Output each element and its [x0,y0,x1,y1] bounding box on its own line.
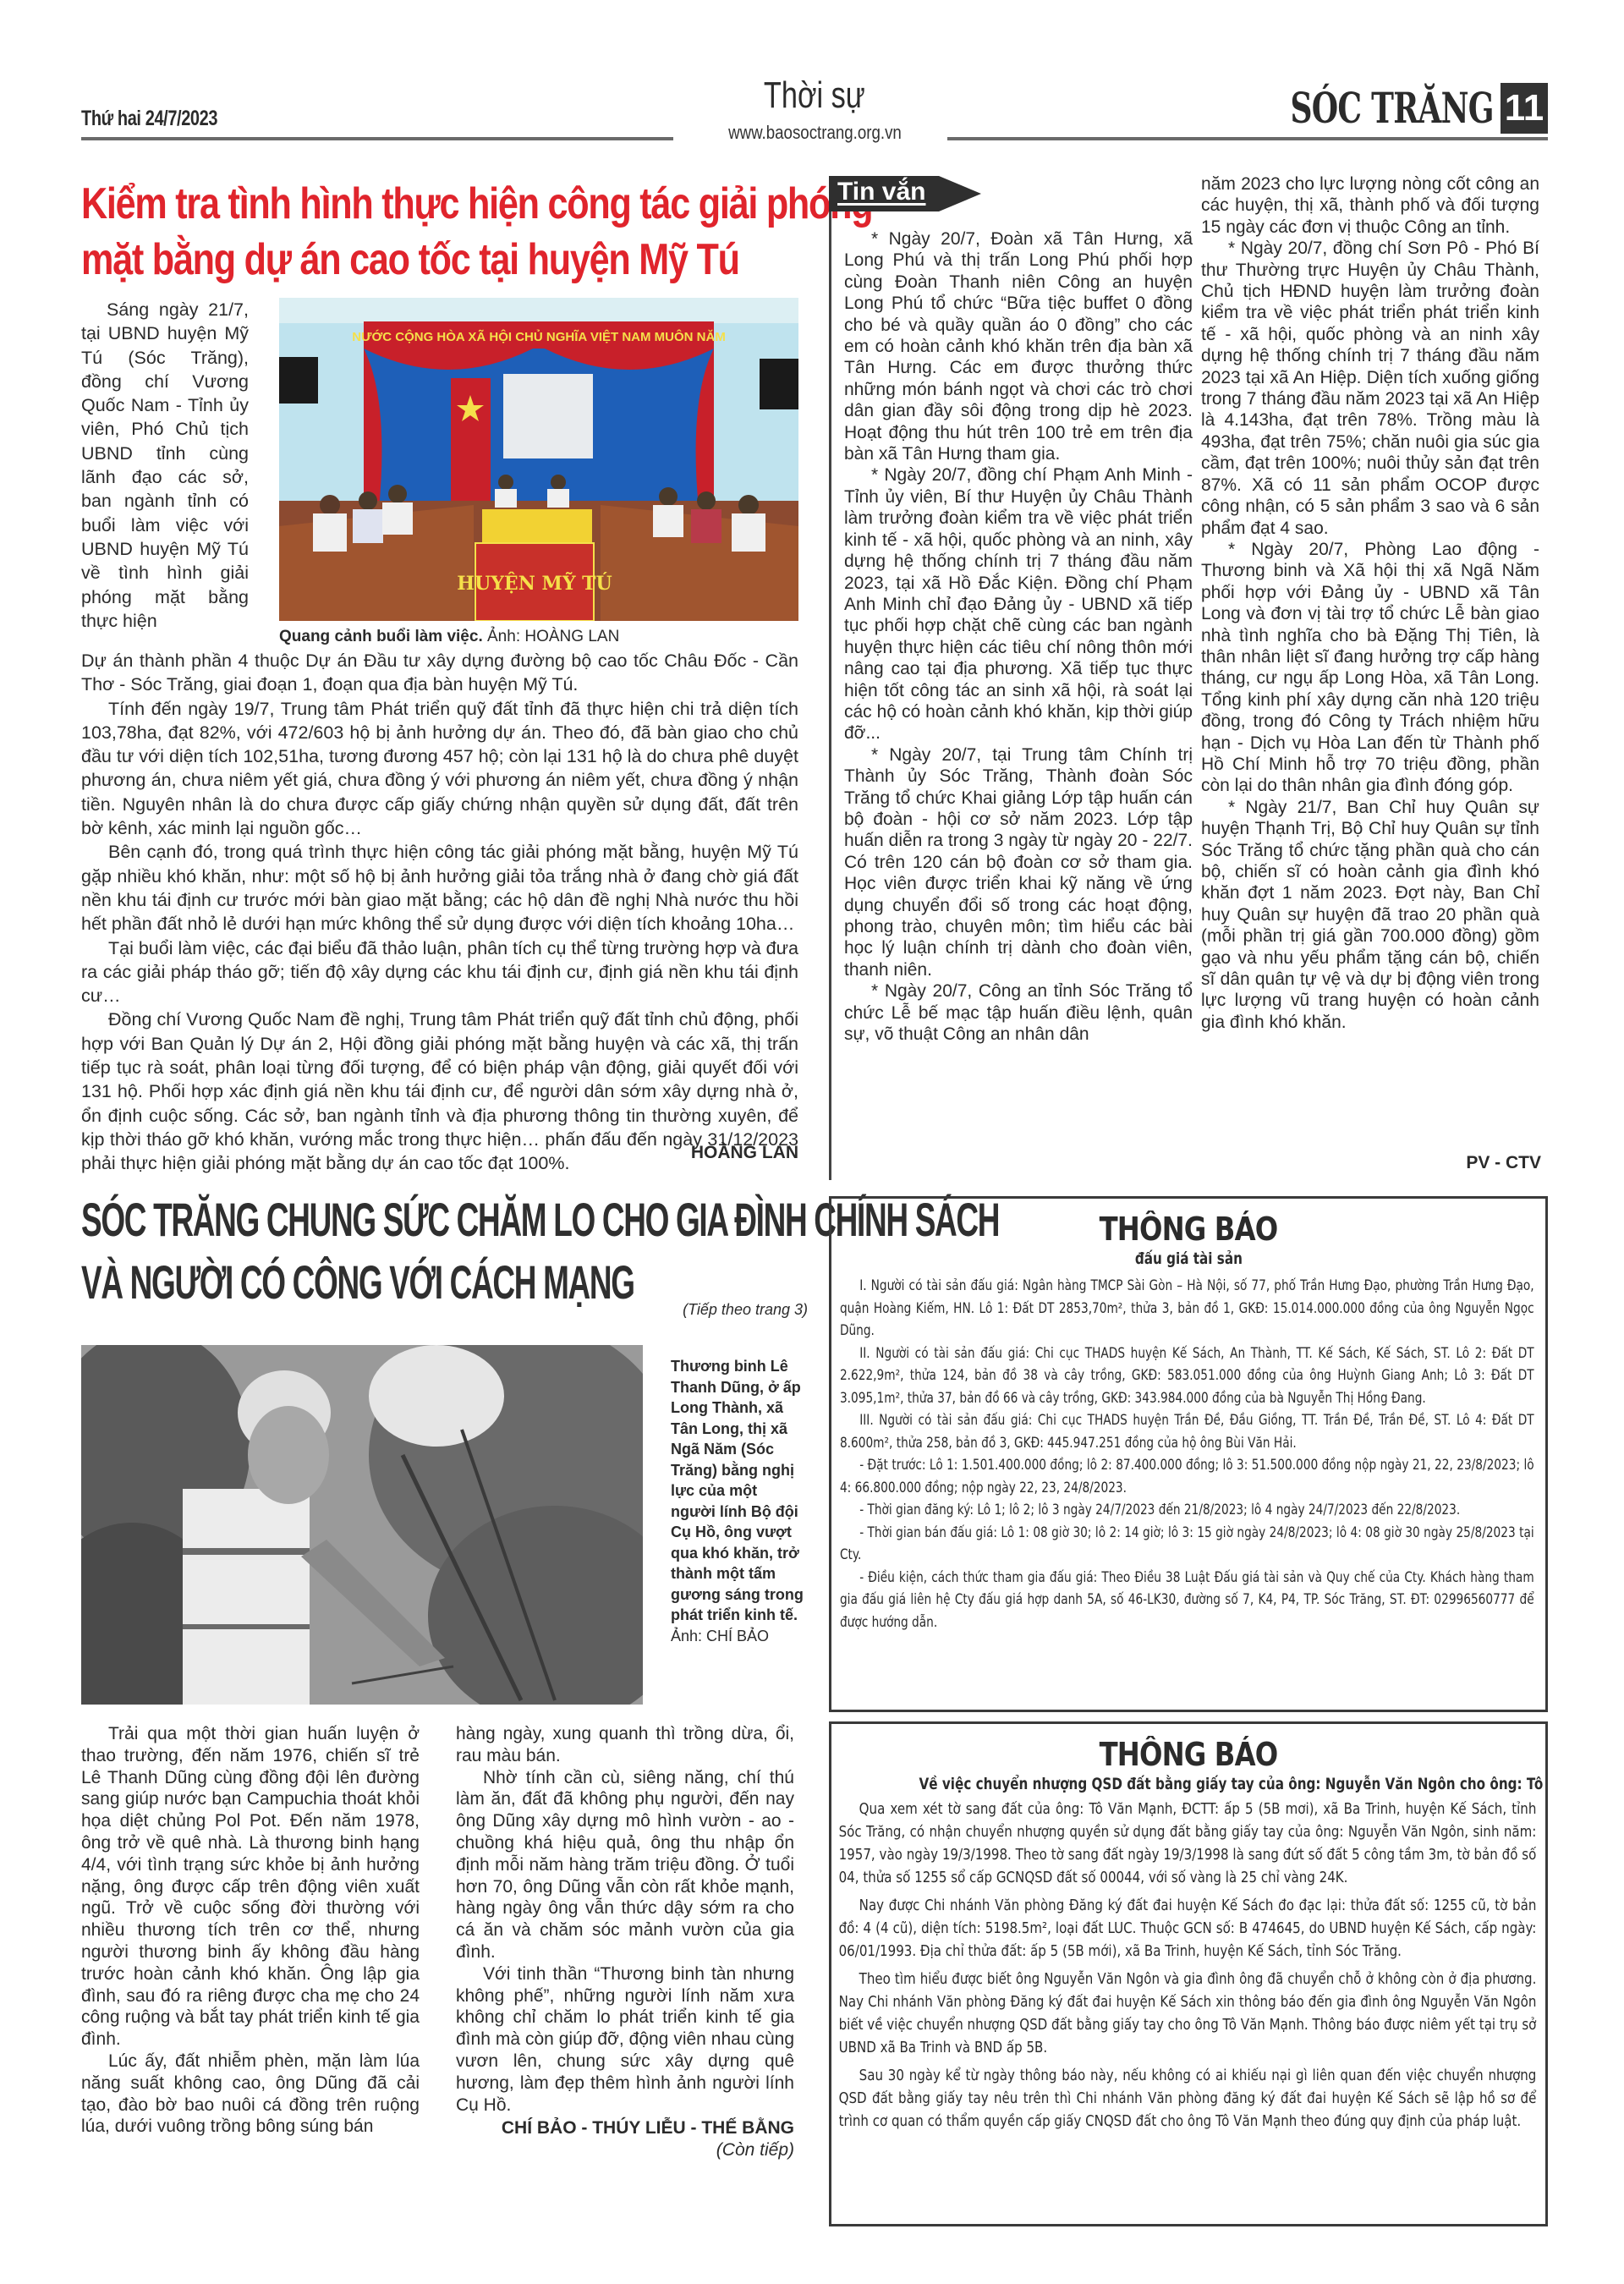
notice-subtitle: đấu giá tài sản [831,1249,1545,1268]
notice-asset-auction: THÔNG BÁO đấu giá tài sản I. Người có tà… [829,1196,1548,1712]
page-number: 11 [1501,83,1548,134]
article2-byline: CHÍ BẢO - THÚY LIỄU - THẾ BẰNG [456,2117,794,2139]
article1-paragraph: Tính đến ngày 19/7, Trung tâm Phát triển… [81,697,798,841]
notice-body: I. Người có tài sản đấu giá: Ngân hàng T… [831,1268,1543,1633]
news-brief-label: Tin vắn [837,178,925,206]
notice-paragraph: - Thời gian bán đấu giá: Lô 1: 08 giờ 30… [840,1522,1534,1567]
notice-subtitle: Về việc chuyển nhượng QSD đất bằng giấy … [831,1775,1545,1793]
news-brief-item: * Ngày 20/7, đồng chí Sơn Pô - Phó Bí th… [1201,238,1539,539]
article1-byline: HOÀNG LAN [81,1143,798,1163]
news-brief-tab: Tin vắn [829,176,981,211]
news-brief-item: * Ngày 20/7, đồng chí Phạm Anh Minh - Tỉ… [844,464,1193,744]
notice-paragraph: Nay được Chi nhánh Văn phòng Đăng ký đất… [839,1895,1537,1963]
article2-column-2: hàng ngày, xung quanh thì trồng dừa, ổi,… [456,1723,794,2161]
notice-title: THÔNG BÁO [831,1211,1545,1248]
notice-land-transfer: THÔNG BÁO Về việc chuyển nhượng QSD đất … [829,1721,1548,2226]
notice-title: THÔNG BÁO [831,1736,1545,1773]
notice-paragraph: Theo tìm hiểu được biết ông Nguyễn Văn N… [839,1968,1537,2060]
notice-paragraph: I. Người có tài sản đấu giá: Ngân hàng T… [840,1275,1534,1342]
article2-photo-veteran-garden [81,1345,643,1705]
to-be-continued-note: (Còn tiếp) [456,2139,794,2161]
veteran-garden-illustration [81,1345,643,1705]
newspaper-brand: SÓC TRĂNG [1291,83,1494,133]
article1-paragraph: Tại buổi làm việc, các đại biểu đã thảo … [81,936,798,1008]
notice-paragraph: - Thời gian đăng ký: Lô 1; lô 2; lô 3 ng… [840,1499,1534,1522]
article2-paragraph: Nhờ tính cần cù, siêng năng, chí thú làm… [456,1767,794,1963]
article1-paragraph: Bên cạnh đó, trong quá trình thực hiện c… [81,840,798,936]
arrow-right-icon [939,176,981,211]
continued-from-note: (Tiếp theo trang 3) [643,1301,808,1319]
news-brief-item: * Ngày 21/7, Ban Chỉ huy Quân sự huyện T… [1201,797,1539,1033]
meeting-room-illustration: NƯỚC CỘNG HÒA XÃ HỘI CHỦ NGHĨA VIỆT NAM … [279,298,798,621]
news-brief-item: * Ngày 20/7, Đoàn xã Tân Hưng, xã Long P… [844,228,1193,464]
notice-paragraph: Qua xem xét tờ sang đất của ông: Tô Văn … [839,1798,1537,1890]
article2-photo-caption: Thương binh Lê Thanh Dũng, ở ấp Long Thà… [671,1356,804,1646]
news-brief-border [829,211,831,1180]
article1-lead: Sáng ngày 21/7, tại UBND huyện Mỹ Tú (Só… [81,298,249,633]
notice-paragraph: III. Người có tài sản đấu giá: Chi cục T… [840,1409,1534,1454]
article2-paragraph: hàng ngày, xung quanh thì trồng dừa, ổi,… [456,1723,794,1767]
news-brief-column-1: * Ngày 20/7, Đoàn xã Tân Hưng, xã Long P… [844,228,1193,1045]
page-header: Thứ hai 24/7/2023 Thời sự www.baosoctran… [81,74,1548,142]
news-brief-item: năm 2023 cho lực lượng nòng cốt công an … [1201,173,1539,238]
article1-photo-meeting-room: NƯỚC CỘNG HÒA XÃ HỘI CHỦ NGHĨA VIỆT NAM … [279,298,798,621]
article2-paragraph: Trải qua một thời gian huấn luyện ở thao… [81,1723,420,2051]
notice-paragraph: Sau 30 ngày kể từ ngày thông báo này, nế… [839,2065,1537,2133]
article2-paragraph: Với tinh thần “Thương binh tàn nhưng khô… [456,1963,794,2117]
notice-paragraph: - Đặt trước: Lô 1: 1.501.400.000 đồng; l… [840,1454,1534,1499]
article2-column-1: Trải qua một thời gian huấn luyện ở thao… [81,1723,420,2138]
news-brief-column-2: năm 2023 cho lực lượng nòng cốt công an … [1201,173,1539,1033]
article2-paragraph: Lúc ấy, đất nhiễm phèn, mặn làm lúa năng… [81,2051,420,2138]
article1-paragraph: Dự án thành phần 4 thuộc Dự án Đầu tư xâ… [81,649,798,697]
svg-text:NƯỚC CỘNG HÒA XÃ HỘI CHỦ NGHĨA: NƯỚC CỘNG HÒA XÃ HỘI CHỦ NGHĨA VIỆT NAM … [352,329,726,344]
notice-paragraph: II. Người có tài sản đấu giá: Chi cục TH… [840,1342,1534,1410]
news-brief-byline: PV - CTV [1201,1153,1541,1173]
article1-headline: Kiểm tra tình hình thực hiện công tác gi… [81,176,809,288]
article1-body: Dự án thành phần 4 thuộc Dự án Đầu tư xâ… [81,649,798,1176]
news-brief-item: * Ngày 20/7, Công an tỉnh Sóc Trăng tổ c… [844,980,1193,1045]
svg-text:HUYỆN MỸ TÚ: HUYỆN MỸ TÚ [457,572,612,595]
news-brief-item: * Ngày 20/7, tại Trung tâm Chính trị Thà… [844,744,1193,980]
notice-body: Qua xem xét tờ sang đất của ông: Tô Văn … [831,1793,1544,2133]
article1-photo-caption: Quang cảnh buổi làm việc. Ảnh: HOÀNG LAN [279,628,619,646]
article2-headline: SÓC TRĂNG CHUNG SỨC CHĂM LO CHO GIA ĐÌNH… [81,1189,809,1314]
news-brief-item: * Ngày 20/7, Phòng Lao động - Thương bin… [1201,539,1539,797]
notice-paragraph: - Điều kiện, cách thức tham gia đấu giá:… [840,1567,1534,1634]
